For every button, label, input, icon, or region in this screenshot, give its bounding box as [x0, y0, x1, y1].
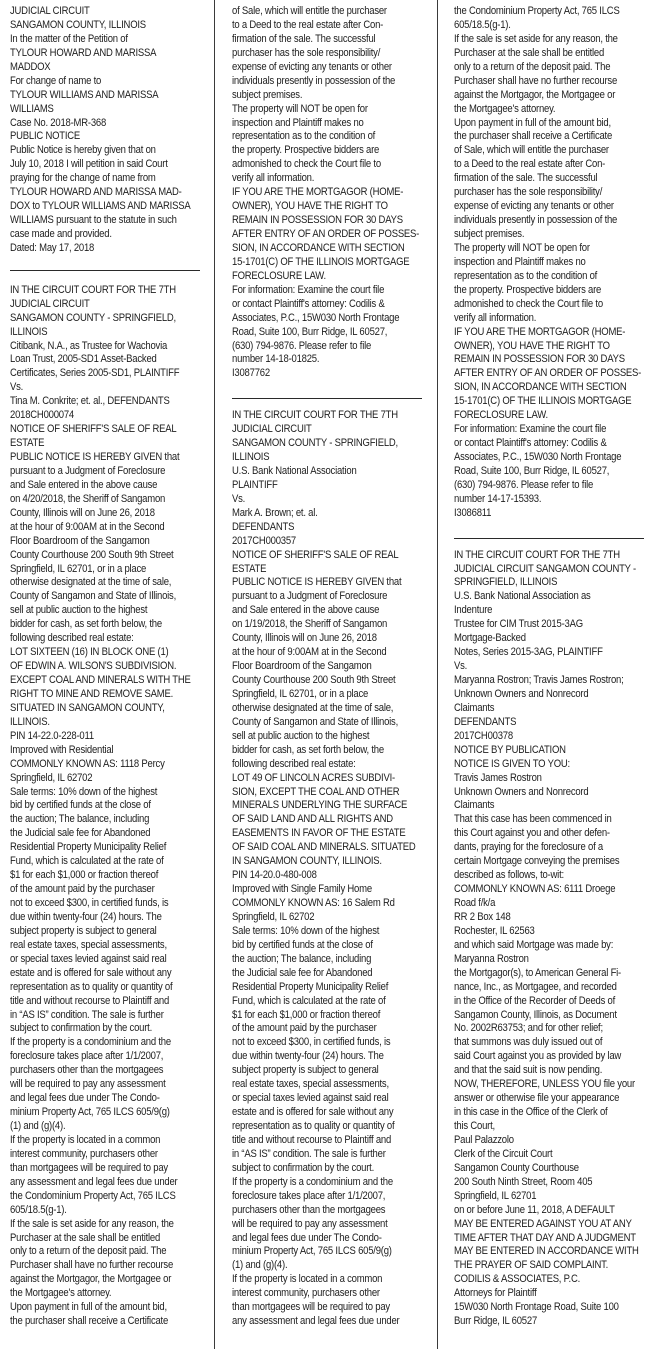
notice-text-line: 200 South Ninth Street, Room 405 [454, 1176, 652, 1190]
notice-text-line: (1) and (g)(4). [232, 1259, 430, 1273]
notice-text-line: TIME AFTER THAT DAY AND A JUDGMENT [454, 1232, 652, 1246]
notice-text-line: Vs. [10, 381, 206, 395]
notice-text-line: Springfield, IL 62701 [454, 1190, 652, 1204]
notice-text-line: Maryanna Rostron [454, 953, 652, 967]
notice-text-line: JUDICIAL CIRCUIT [10, 5, 206, 19]
notice-text-line: JUDICIAL CIRCUIT [10, 298, 206, 312]
notice-separator-rule [10, 270, 200, 271]
notice-text-line: SANGAMON COUNTY - SPRINGFIELD, [232, 437, 430, 451]
notice-text-line: OWNER), YOU HAVE THE RIGHT TO [232, 200, 430, 214]
notice-text-line: For information: Examine the court file [232, 284, 430, 298]
notice-text-line: COMMONLY KNOWN AS: 1118 Percy [10, 758, 206, 772]
notice-text-line: the Condominium Property Act, 765 ILCS [454, 5, 652, 19]
notice-text-line: expense of evicting any tenants or other [232, 61, 430, 75]
notice-text-line: U.S. Bank National Association [232, 465, 430, 479]
notice-text-line: FORECLOSURE LAW. [232, 270, 430, 284]
notice-text-line: Clerk of the Circuit Court [454, 1148, 652, 1162]
notice-separator-rule [232, 398, 422, 399]
notice-text-line: WILLIAMS pursuant to the statute in such [10, 214, 206, 228]
notice-text-line: pursuant to a Judgment of Foreclosure [232, 590, 430, 604]
notice-text-line: the Judicial sale fee for Abandoned [10, 827, 206, 841]
notice-usbank-brown-sheriff-sale-cont: the Condominium Property Act, 765 ILCS60… [454, 5, 652, 521]
notice-text-line: Springfield, IL 62701, or in a place [232, 688, 430, 702]
notice-text-line: Maryanna Rostron; Travis James Rostron; [454, 674, 652, 688]
notice-text-line: 15W030 North Frontage Road, Suite 100 [454, 1301, 652, 1315]
notice-text-line: CODILIS & ASSOCIATES, P.C. [454, 1273, 652, 1287]
notice-text-line: The property will NOT be open for [232, 103, 430, 117]
column-divider [214, 0, 215, 1349]
notice-text-line: number 14-18-01825. [232, 353, 430, 367]
notice-separator-rule [454, 538, 644, 539]
notice-text-line: foreclosure takes place after 1/1/2007, [10, 1050, 206, 1064]
notice-text-line: OF SAID LAND AND ALL RIGHTS AND [232, 813, 430, 827]
notice-text-line: firmation of the sale. The successful [232, 33, 430, 47]
notice-text-line: AFTER ENTRY OF AN ORDER OF POSSES- [232, 228, 430, 242]
notice-text-line: not to exceed $300, in certified funds, … [232, 1036, 430, 1050]
notice-text-line: COMMONLY KNOWN AS: 6111 Droege [454, 883, 652, 897]
notice-text-line: Upon payment in full of the amount bid, [454, 117, 652, 131]
notice-text-line: That this case has been commenced in [454, 813, 652, 827]
notice-text-line: ILLINOIS [232, 451, 430, 465]
notice-text-line: inspection and Plaintiff makes no [454, 256, 652, 270]
notice-text-line: PUBLIC NOTICE [10, 130, 206, 144]
notice-text-line: Unknown Owners and Nonrecord [454, 786, 652, 800]
notice-text-line: sell at public auction to the highest [10, 604, 206, 618]
notice-text-line: case made and provided. [10, 228, 206, 242]
notice-text-line: (630) 794-9876. Please refer to file [232, 340, 430, 354]
notice-text-line: and Sale entered in the above cause [232, 604, 430, 618]
notice-text-line: MAY BE ENTERED IN ACCORDANCE WITH [454, 1245, 652, 1259]
notice-text-line: County of Sangamon and State of Illinois… [232, 716, 430, 730]
notice-text-line: JUDICIAL CIRCUIT [232, 423, 430, 437]
notice-text-line: title and without recourse to Plaintiff … [232, 1134, 430, 1148]
notice-text-line: Unknown Owners and Nonrecord [454, 688, 652, 702]
notice-text-line: PUBLIC NOTICE IS HEREBY GIVEN that [10, 451, 206, 465]
notice-text-line: ILLINOIS [10, 326, 206, 340]
column-3: the Condominium Property Act, 765 ILCS60… [454, 5, 652, 1349]
notice-text-line: In the matter of the Petition of [10, 33, 206, 47]
notice-text-line: SANGAMON COUNTY - SPRINGFIELD, [10, 312, 206, 326]
notice-text-line: The property will NOT be open for [454, 242, 652, 256]
notice-text-line: the Mortgagee's attorney. [10, 1287, 206, 1301]
notice-text-line: of the amount paid by the purchaser [232, 1022, 430, 1036]
notice-text-line: Burr Ridge, IL 60527 [454, 1315, 652, 1329]
notice-text-line: in this case in the Office of the Clerk … [454, 1106, 652, 1120]
notice-text-line: pursuant to a Judgment of Foreclosure [10, 465, 206, 479]
notice-text-line: the property. Prospective bidders are [454, 284, 652, 298]
notice-text-line: WILLIAMS [10, 103, 206, 117]
notice-text-line: the Judicial sale fee for Abandoned [232, 967, 430, 981]
notice-text-line: will be required to pay any assessment [10, 1078, 206, 1092]
notice-text-line: SION, EXCEPT THE COAL AND OTHER [232, 786, 430, 800]
notice-text-line: Residential Property Municipality Relief [232, 981, 430, 995]
notice-text-line: the auction; The balance, including [10, 813, 206, 827]
notice-text-line: NOW, THEREFORE, UNLESS YOU file your [454, 1078, 652, 1092]
notice-text-line: Travis James Rostron [454, 772, 652, 786]
notice-text-line: Fund, which is calculated at the rate of [10, 855, 206, 869]
column-1: JUDICIAL CIRCUITSANGAMON COUNTY, ILLINOI… [10, 5, 206, 1349]
notice-text-line: Claimants [454, 702, 652, 716]
notice-text-line: admonished to check the Court file to [232, 158, 430, 172]
notice-text-line: 605/18.5(g-1). [10, 1204, 206, 1218]
notice-text-line: DEFENDANTS [232, 521, 430, 535]
notice-text-line: July 10, 2018 I will petition in said Co… [10, 158, 206, 172]
notice-text-line: expense of evicting any tenants or other [454, 200, 652, 214]
notice-text-line: LOT SIXTEEN (16) IN BLOCK ONE (1) [10, 646, 206, 660]
notice-text-line: of Sale, which will entitle the purchase… [232, 5, 430, 19]
notice-text-line: bid by certified funds at the close of [232, 939, 430, 953]
notice-text-line: THE PRAYER OF SAID COMPLAINT. [454, 1259, 652, 1273]
notice-text-line: IF YOU ARE THE MORTGAGOR (HOME- [232, 186, 430, 200]
notice-text-line: County Courthouse 200 South 9th Street [10, 549, 206, 563]
notice-text-line: NOTICE OF SHERIFF'S SALE OF REAL [232, 549, 430, 563]
notice-text-line: Tina M. Conkrite; et. al., DEFENDANTS [10, 395, 206, 409]
notice-text-line: the Mortgagor(s), to American General Fi… [454, 967, 652, 981]
notice-text-line: MAY BE ENTERED AGAINST YOU AT ANY [454, 1218, 652, 1232]
notice-text-line: Springfield, IL 62702 [232, 911, 430, 925]
notice-text-line: If the sale is set aside for any reason,… [454, 33, 652, 47]
notice-text-line: Public Notice is hereby given that on [10, 144, 206, 158]
notice-text-line: PIN 14-20.0-480-008 [232, 869, 430, 883]
notice-text-line: RIGHT TO MINE AND REMOVE SAME. [10, 688, 206, 702]
notice-text-line: and Sale entered in the above cause [10, 479, 206, 493]
notice-text-line: ESTATE [10, 437, 206, 451]
notice-text-line: 2018CH000074 [10, 409, 206, 423]
notice-text-line: No. 2002R63753; and for other relief; [454, 1022, 652, 1036]
notice-text-line: Purchaser shall have no further recourse [454, 75, 652, 89]
notice-text-line: 2017CH000357 [232, 535, 430, 549]
notice-text-line: or special taxes levied against said rea… [232, 1092, 430, 1106]
notice-text-line: and legal fees due under The Condo- [232, 1232, 430, 1246]
notice-text-line: due within twenty-four (24) hours. The [232, 1050, 430, 1064]
notice-text-line: IF YOU ARE THE MORTGAGOR (HOME- [454, 326, 652, 340]
notice-text-line: Springfield, IL 62701, or in a place [10, 563, 206, 577]
notice-text-line: to a Deed to the real estate after Con- [454, 158, 652, 172]
notice-text-line: TYLOUR HOWARD AND MARISSA [10, 47, 206, 61]
notice-text-line: SION, IN ACCORDANCE WITH SECTION [454, 381, 652, 395]
notice-text-line: (1) and (g)(4). [10, 1120, 206, 1134]
notice-text-line: praying for the change of name from [10, 172, 206, 186]
notice-text-line: AFTER ENTRY OF AN ORDER OF POSSES- [454, 367, 652, 381]
notice-text-line: that summons was duly issued out of [454, 1036, 652, 1050]
notice-rostron-publication: IN THE CIRCUIT COURT FOR THE 7THJUDICIAL… [454, 549, 652, 1330]
notice-text-line: the auction; The balance, including [232, 953, 430, 967]
notice-text-line: verify all information. [232, 172, 430, 186]
notice-text-line: Road f/k/a [454, 897, 652, 911]
notice-text-line: Indenture [454, 604, 652, 618]
notice-text-line: MADDOX [10, 61, 206, 75]
notice-text-line: subject property is subject to general [10, 925, 206, 939]
notice-text-line: than mortgagees will be required to pay [232, 1301, 430, 1315]
notice-text-line: subject property is subject to general [232, 1064, 430, 1078]
notice-text-line: Case No. 2018-MR-368 [10, 117, 206, 131]
notice-text-line: Loan Trust, 2005-SD1 Asset-Backed [10, 353, 206, 367]
notice-citibank-sheriff-sale: IN THE CIRCUIT COURT FOR THE 7THJUDICIAL… [10, 284, 206, 1329]
notice-text-line: TYLOUR HOWARD AND MARISSA MAD- [10, 186, 206, 200]
notice-usbank-brown-sheriff-sale: IN THE CIRCUIT COURT FOR THE 7THJUDICIAL… [232, 409, 430, 1329]
notice-text-line: real estate taxes, special assessments, [10, 939, 206, 953]
notice-text-line: ILLINOIS. [10, 716, 206, 730]
notice-text-line: firmation of the sale. The successful [454, 172, 652, 186]
notice-text-line: at the hour of 9:00AM at in the Second [232, 646, 430, 660]
notice-text-line: the property. Prospective bidders are [232, 144, 430, 158]
notice-text-line: on 1/19/2018, the Sheriff of Sangamon [232, 618, 430, 632]
notice-text-line: PLAINTIFF [232, 479, 430, 493]
notice-text-line: If the sale is set aside for any reason,… [10, 1218, 206, 1232]
notice-text-line: County of Sangamon and State of Illinois… [10, 590, 206, 604]
notice-text-line: OWNER), YOU HAVE THE RIGHT TO [454, 340, 652, 354]
notice-text-line: PIN 14-22.0-228-011 [10, 730, 206, 744]
notice-text-line: any assessment and legal fees due under [10, 1176, 206, 1190]
notice-text-line: County, Illinois will on June 26, 2018 [232, 632, 430, 646]
notice-text-line: I3087762 [232, 367, 430, 381]
notice-text-line: Rochester, IL 62563 [454, 925, 652, 939]
notice-text-line: TYLOUR WILLIAMS AND MARISSA [10, 89, 206, 103]
notice-text-line: following described real estate: [232, 758, 430, 772]
notice-text-line: or contact Plaintiff's attorney: Codilis… [232, 298, 430, 312]
notice-text-line: against the Mortgagor, the Mortgagee or [454, 89, 652, 103]
notice-text-line: on 4/20/2018, the Sheriff of Sangamon [10, 493, 206, 507]
notice-text-line: or special taxes levied against said rea… [10, 953, 206, 967]
notice-text-line: ESTATE [232, 563, 430, 577]
notice-text-line: For information: Examine the court file [454, 423, 652, 437]
notice-text-line: bid by certified funds at the close of [10, 799, 206, 813]
notice-text-line: answer or otherwise file your appearance [454, 1092, 652, 1106]
notice-text-line: NOTICE IS GIVEN TO YOU: [454, 758, 652, 772]
notice-text-line: 605/18.5(g-1). [454, 19, 652, 33]
notice-text-line: If the property is a condominium and the [10, 1036, 206, 1050]
notice-text-line: representation as to the condition of [232, 130, 430, 144]
notice-text-line: OF EDWIN A. WILSON'S SUBDIVISION. [10, 660, 206, 674]
column-2: of Sale, which will entitle the purchase… [232, 5, 430, 1349]
column-divider [437, 0, 438, 1349]
notice-text-line: against the Mortgagor, the Mortgagee or [10, 1273, 206, 1287]
notice-text-line: Upon payment in full of the amount bid, [10, 1301, 206, 1315]
notice-text-line: RR 2 Box 148 [454, 911, 652, 925]
notice-text-line: any assessment and legal fees due under [232, 1315, 430, 1329]
notice-text-line: IN THE CIRCUIT COURT FOR THE 7TH [10, 284, 206, 298]
notice-text-line: SPRINGFIELD, ILLINOIS [454, 576, 652, 590]
notice-text-line: dants, praying for the foreclosure of a [454, 841, 652, 855]
notice-text-line: of Sale, which will entitle the purchase… [454, 144, 652, 158]
notice-text-line: 2017CH00378 [454, 730, 652, 744]
notice-text-line: County, Illinois will on June 26, 2018 [10, 507, 206, 521]
notice-text-line: of the amount paid by the purchaser [10, 883, 206, 897]
notice-text-line: Improved with Single Family Home [232, 883, 430, 897]
notice-text-line: Purchaser at the sale shall be entitled [454, 47, 652, 61]
notice-text-line: 15-1701(C) OF THE ILLINOIS MORTGAGE [454, 395, 652, 409]
notice-text-line: Residential Property Municipality Relief [10, 841, 206, 855]
notice-text-line: If the property is located in a common [10, 1134, 206, 1148]
notice-text-line: than mortgagees will be required to pay [10, 1162, 206, 1176]
notice-text-line: (630) 794-9876. Please refer to file [454, 479, 652, 493]
notice-name-change: JUDICIAL CIRCUITSANGAMON COUNTY, ILLINOI… [10, 5, 206, 256]
notice-text-line: OF SAID COAL AND MINERALS. SITUATED [232, 841, 430, 855]
notice-text-line: in “AS IS” condition. The sale is furthe… [232, 1148, 430, 1162]
notice-text-line: to a Deed to the real estate after Con- [232, 19, 430, 33]
notice-text-line: certain Mortgage conveying the premises [454, 855, 652, 869]
notice-text-line: admonished to check the Court file to [454, 298, 652, 312]
notice-text-line: Road, Suite 100, Burr Ridge, IL 60527, [454, 465, 652, 479]
notice-text-line: NOTICE BY PUBLICATION [454, 744, 652, 758]
notice-text-line: the Mortgagee's attorney. [454, 103, 652, 117]
notice-text-line: inspection and Plaintiff makes no [232, 117, 430, 131]
notice-text-line: 15-1701(C) OF THE ILLINOIS MORTGAGE [232, 256, 430, 270]
notice-text-line: Associates, P.C., 15W030 North Frontage [454, 451, 652, 465]
notice-text-line: due within twenty-four (24) hours. The [10, 911, 206, 925]
notice-text-line: purchaser has the sole responsibility/ [232, 47, 430, 61]
notice-text-line: Sale terms: 10% down of the highest [10, 786, 206, 800]
notice-text-line: the purchaser shall receive a Certificat… [454, 130, 652, 144]
notice-text-line: this Court against you and other defen- [454, 827, 652, 841]
notice-text-line: Improved with Residential [10, 744, 206, 758]
notice-text-line: EXCEPT COAL AND MINERALS WITH THE [10, 674, 206, 688]
notice-text-line: MINERALS UNDERLYING THE SURFACE [232, 799, 430, 813]
notice-text-line: individuals presently in possession of t… [454, 214, 652, 228]
notice-text-line: County Courthouse 200 South 9th Street [232, 674, 430, 688]
notice-text-line: SITUATED IN SANGAMON COUNTY, [10, 702, 206, 716]
notice-text-line: only to a return of the deposit paid. Th… [454, 61, 652, 75]
notice-text-line: this Court, [454, 1120, 652, 1134]
notice-text-line: representation as to quality or quantity… [232, 1120, 430, 1134]
notice-text-line: purchasers other than the mortgagees [10, 1064, 206, 1078]
notice-text-line: COMMONLY KNOWN AS: 16 Salem Rd [232, 897, 430, 911]
notice-text-line: estate and is offered for sale without a… [232, 1106, 430, 1120]
notice-text-line: purchaser has the sole responsibility/ [454, 186, 652, 200]
notice-text-line: Notes, Series 2015-3AG, PLAINTIFF [454, 646, 652, 660]
notice-text-line: IN THE CIRCUIT COURT FOR THE 7TH [454, 549, 652, 563]
notice-text-line: IN SANGAMON COUNTY, ILLINOIS. [232, 855, 430, 869]
notice-text-line: the Condominium Property Act, 765 ILCS [10, 1190, 206, 1204]
notice-text-line: Trustee for CIM Trust 2015-3AG [454, 618, 652, 632]
notice-text-line: EASEMENTS IN FAVOR OF THE ESTATE [232, 827, 430, 841]
notice-text-line: only to a return of the deposit paid. Th… [10, 1245, 206, 1259]
notice-text-line: subject premises. [454, 228, 652, 242]
notice-text-line: PUBLIC NOTICE IS HEREBY GIVEN that [232, 576, 430, 590]
notice-text-line: in the Office of the Recorder of Deeds o… [454, 995, 652, 1009]
notice-text-line: If the property is a condominium and the [232, 1176, 430, 1190]
notice-text-line: on or before June 11, 2018, A DEFAULT [454, 1204, 652, 1218]
notice-text-line: $1 for each $1,000 or fraction thereof [10, 869, 206, 883]
notice-text-line: interest community, purchasers other [10, 1148, 206, 1162]
notice-text-line: If the property is located in a common [232, 1273, 430, 1287]
notice-text-line: representation as to quality or quantity… [10, 981, 206, 995]
notice-text-line: number 14-17-15393. [454, 493, 652, 507]
notice-text-line: otherwise designated at the time of sale… [10, 576, 206, 590]
notice-text-line: real estate taxes, special assessments, [232, 1078, 430, 1092]
notice-text-line: at the hour of 9:00AM at in the Second [10, 521, 206, 535]
notice-text-line: SION, IN ACCORDANCE WITH SECTION [232, 242, 430, 256]
notice-text-line: Claimants [454, 799, 652, 813]
notice-text-line: nance, Inc., as Mortgagee, and recorded [454, 981, 652, 995]
notice-text-line: Mark A. Brown; et. al. [232, 507, 430, 521]
notice-text-line: will be required to pay any assessment [232, 1218, 430, 1232]
notice-text-line: Mortgage-Backed [454, 632, 652, 646]
notice-text-line: purchasers other than the mortgagees [232, 1204, 430, 1218]
notice-text-line: following described real estate: [10, 632, 206, 646]
notice-text-line: U.S. Bank National Association as [454, 590, 652, 604]
notice-text-line: and which said Mortgage was made by: [454, 939, 652, 953]
notice-text-line: and that the said suit is now pending. [454, 1064, 652, 1078]
notice-text-line: Purchaser shall have no further recourse [10, 1259, 206, 1273]
notice-text-line: Attorneys for Plaintiff [454, 1287, 652, 1301]
notice-text-line: NOTICE OF SHERIFF'S SALE OF REAL [10, 423, 206, 437]
notice-text-line: said Court against you as provided by la… [454, 1050, 652, 1064]
notice-text-line: representation as to the condition of [454, 270, 652, 284]
notice-text-line: Paul Palazzolo [454, 1134, 652, 1148]
notice-text-line: minium Property Act, 765 ILCS 605/9(g) [232, 1245, 430, 1259]
notice-text-line: Dated: May 17, 2018 [10, 242, 206, 256]
notice-text-line: For change of name to [10, 75, 206, 89]
notice-text-line: subject to confirmation by the court. [10, 1022, 206, 1036]
notice-text-line: Vs. [454, 660, 652, 674]
notice-text-line: Certificates, Series 2005-SD1, PLAINTIFF [10, 367, 206, 381]
notice-text-line: Floor Boardroom of the Sangamon [10, 535, 206, 549]
notice-text-line: Vs. [232, 493, 430, 507]
notice-text-line: Associates, P.C., 15W030 North Frontage [232, 312, 430, 326]
notice-text-line: otherwise designated at the time of sale… [232, 702, 430, 716]
notice-text-line: minium Property Act, 765 ILCS 605/9(g) [10, 1106, 206, 1120]
notice-text-line: or contact Plaintiff's attorney: Codilis… [454, 437, 652, 451]
notice-text-line: in “AS IS” condition. The sale is furthe… [10, 1009, 206, 1023]
notice-citibank-sheriff-sale-cont: of Sale, which will entitle the purchase… [232, 5, 430, 381]
notice-text-line: Purchaser at the sale shall be entitled [10, 1232, 206, 1246]
notice-text-line: described as follows, to-wit: [454, 869, 652, 883]
notice-text-line: Road, Suite 100, Burr Ridge, IL 60527, [232, 326, 430, 340]
notice-text-line: sell at public auction to the highest [232, 730, 430, 744]
notice-text-line: $1 for each $1,000 or fraction thereof [232, 1009, 430, 1023]
notice-text-line: bidder for cash, as set forth below, the [10, 618, 206, 632]
notice-text-line: foreclosure takes place after 1/1/2007, [232, 1190, 430, 1204]
notice-text-line: IN THE CIRCUIT COURT FOR THE 7TH [232, 409, 430, 423]
notice-text-line: and legal fees due under The Condo- [10, 1092, 206, 1106]
legal-notices-page: JUDICIAL CIRCUITSANGAMON COUNTY, ILLINOI… [0, 0, 652, 1349]
notice-text-line: LOT 49 OF LINCOLN ACRES SUBDIVI- [232, 772, 430, 786]
notice-text-line: bidder for cash, as set forth below, the [232, 744, 430, 758]
notice-text-line: Sangamon County, Illinois, as Document [454, 1009, 652, 1023]
notice-text-line: REMAIN IN POSSESSION FOR 30 DAYS [454, 353, 652, 367]
notice-text-line: REMAIN IN POSSESSION FOR 30 DAYS [232, 214, 430, 228]
notice-text-line: individuals presently in possession of t… [232, 75, 430, 89]
notice-text-line: title and without recourse to Plaintiff … [10, 995, 206, 1009]
notice-text-line: DEFENDANTS [454, 716, 652, 730]
notice-text-line: not to exceed $300, in certified funds, … [10, 897, 206, 911]
notice-text-line: interest community, purchasers other [232, 1287, 430, 1301]
notice-text-line: Sangamon County Courthouse [454, 1162, 652, 1176]
notice-text-line: DOX to TYLOUR WILLIAMS AND MARISSA [10, 200, 206, 214]
notice-text-line: Sale terms: 10% down of the highest [232, 925, 430, 939]
notice-text-line: subject to confirmation by the court. [232, 1162, 430, 1176]
notice-text-line: I3086811 [454, 507, 652, 521]
notice-text-line: JUDICIAL CIRCUIT SANGAMON COUNTY - [454, 563, 652, 577]
notice-text-line: Floor Boardroom of the Sangamon [232, 660, 430, 674]
notice-text-line: Citibank, N.A., as Trustee for Wachovia [10, 340, 206, 354]
notice-text-line: SANGAMON COUNTY, ILLINOIS [10, 19, 206, 33]
notice-text-line: verify all information. [454, 312, 652, 326]
notice-text-line: estate and is offered for sale without a… [10, 967, 206, 981]
notice-text-line: FORECLOSURE LAW. [454, 409, 652, 423]
notice-text-line: Springfield, IL 62702 [10, 772, 206, 786]
notice-text-line: Fund, which is calculated at the rate of [232, 995, 430, 1009]
notice-text-line: subject premises. [232, 89, 430, 103]
notice-text-line: the purchaser shall receive a Certificat… [10, 1315, 206, 1329]
